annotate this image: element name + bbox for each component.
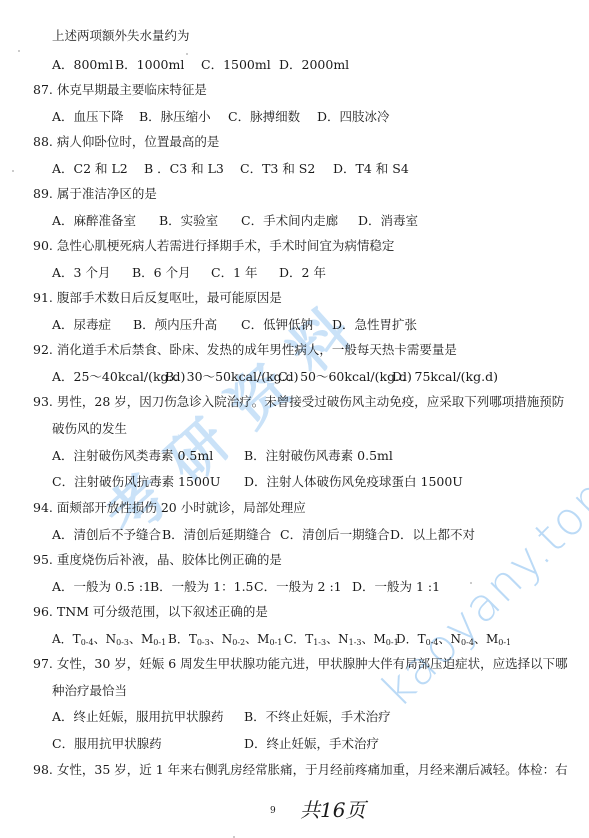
question-94-stem: 94. 面颊部开放性损伤 20 小时就诊，局部处理应 — [33, 500, 306, 516]
option-a: A．血压下降 — [52, 109, 124, 125]
option-b: B．注射破伤风毒素 0.5ml — [244, 448, 393, 464]
option-b: B．T0-3、N0-2、M0-1 — [168, 631, 282, 651]
question-93-stem: 93. 男性，28 岁，因刀伤急诊入院治疗。未曾接受过破伤风主动免疫，应采取下列… — [33, 394, 564, 410]
option-c: C．脉搏细数 — [228, 109, 300, 125]
option-c: C．T3 和 S2 — [240, 161, 315, 177]
question-88-stem: 88. 病人仰卧位时，位置最高的是 — [33, 134, 219, 150]
option-b: B．不终止妊娠，手术治疗 — [244, 709, 391, 725]
option-a: A．麻醉准备室 — [52, 213, 136, 229]
scan-speck — [470, 582, 472, 584]
question-92-stem: 92. 消化道手术后禁食、卧床、发热的成年男性病人，一般每天热卡需要量是 — [33, 342, 457, 358]
option-a: A．尿毒症 — [52, 317, 111, 333]
option-d: D．T4 和 S4 — [333, 161, 409, 177]
question-95-stem: 95. 重度烧伤后补液，晶、胶体比例正确的是 — [33, 552, 282, 568]
option-b: B．脉压缩小 — [139, 109, 211, 125]
option-d: D．T0-4、N0-4、M0-1 — [396, 631, 511, 651]
question-96-stem: 96. TNM 可分级范围，以下叙述正确的是 — [33, 604, 268, 620]
option-c: C．一般为 2 :1 — [254, 579, 342, 595]
scan-speck — [12, 170, 14, 172]
question-93-stem-cont: 破伤风的发生 — [52, 421, 127, 437]
question-87-stem: 87. 休克早期最主要临床特征是 — [33, 82, 207, 98]
option-d: D．消毒室 — [358, 213, 418, 229]
scan-speck — [18, 50, 20, 52]
handwritten-total-pages: 共16页 — [300, 794, 365, 823]
option-c: C．1 年 — [211, 265, 258, 281]
option-d: D．终止妊娠，手术治疗 — [244, 736, 379, 752]
option-c: C．服用抗甲状腺药 — [52, 736, 162, 752]
option-d: D．一般为 1 :1 — [352, 579, 440, 595]
option-a: A．一般为 0.5 :1 — [52, 579, 151, 595]
option-c: C．T1-3、N1-3、M0-1 — [284, 631, 399, 651]
question-98-stem: 98. 女性，35 岁，近 1 年来右侧乳房经常胀痛，于月经前疼痛加重，月经来潮… — [33, 762, 568, 778]
intro-line: 上述两项额外失水量约为 — [52, 28, 190, 44]
option-a: A．T0-4、N0-3、M0-1 — [52, 631, 166, 651]
option-b: B．清创后延期缝合 — [162, 527, 271, 543]
option-c: C．注射破伤风抗毒素 1500U — [52, 474, 220, 490]
option-a: A．终止妊娠，服用抗甲状腺药 — [52, 709, 224, 725]
option-d: D．2000ml — [279, 57, 349, 73]
page-number: 9 — [270, 806, 276, 816]
option-a: A．清创后不予缝合 — [52, 527, 161, 543]
option-b: B．1000ml — [115, 57, 184, 73]
option-b: B．6 个月 — [132, 265, 191, 281]
option-b: B．实验室 — [159, 213, 218, 229]
question-90-stem: 90. 急性心肌梗死病人若需进行择期手术，手术时间宜为病情稳定 — [33, 238, 394, 254]
exam-page: 考研资料 kaoyany.top 上述两项额外失水量约为 A．800ml B．1… — [0, 0, 589, 838]
option-d: D．急性胃扩张 — [332, 317, 417, 333]
option-a: A．3 个月 — [52, 265, 110, 281]
question-89-stem: 89. 属于准洁净区的是 — [33, 186, 157, 202]
question-97-stem-cont: 种治疗最恰当 — [52, 683, 127, 699]
option-d: D．以上都不对 — [390, 527, 475, 543]
option-d: D．75kcal/(kg.d) — [392, 369, 498, 385]
option-c: C．1500ml — [201, 57, 271, 73]
option-b: B．颅内压升高 — [133, 317, 217, 333]
option-b: B ．C3 和 L3 — [144, 161, 224, 177]
option-d: D．2 年 — [279, 265, 326, 281]
option-a: A．800ml — [52, 57, 113, 73]
option-c: C．低钾低钠 — [241, 317, 313, 333]
option-d: D．四肢冰冷 — [317, 109, 390, 125]
question-97-stem: 97. 女性，30 岁，妊娠 6 周发生甲状腺功能亢进，甲状腺肿大伴有局部压迫症… — [33, 656, 568, 672]
option-c: C．清创后一期缝合 — [280, 527, 390, 543]
option-a: A．注射破伤风类毒素 0.5ml — [52, 448, 213, 464]
option-d: D．注射人体破伤风免疫球蛋白 1500U — [244, 474, 463, 490]
question-91-stem: 91. 腹部手术数日后反复呕吐，最可能原因是 — [33, 290, 282, 306]
option-b: B．一般为 1：1.5 — [150, 579, 254, 595]
scan-speck — [186, 53, 188, 55]
option-c: C．手术间内走廊 — [241, 213, 338, 229]
option-a: A．C2 和 L2 — [52, 161, 128, 177]
